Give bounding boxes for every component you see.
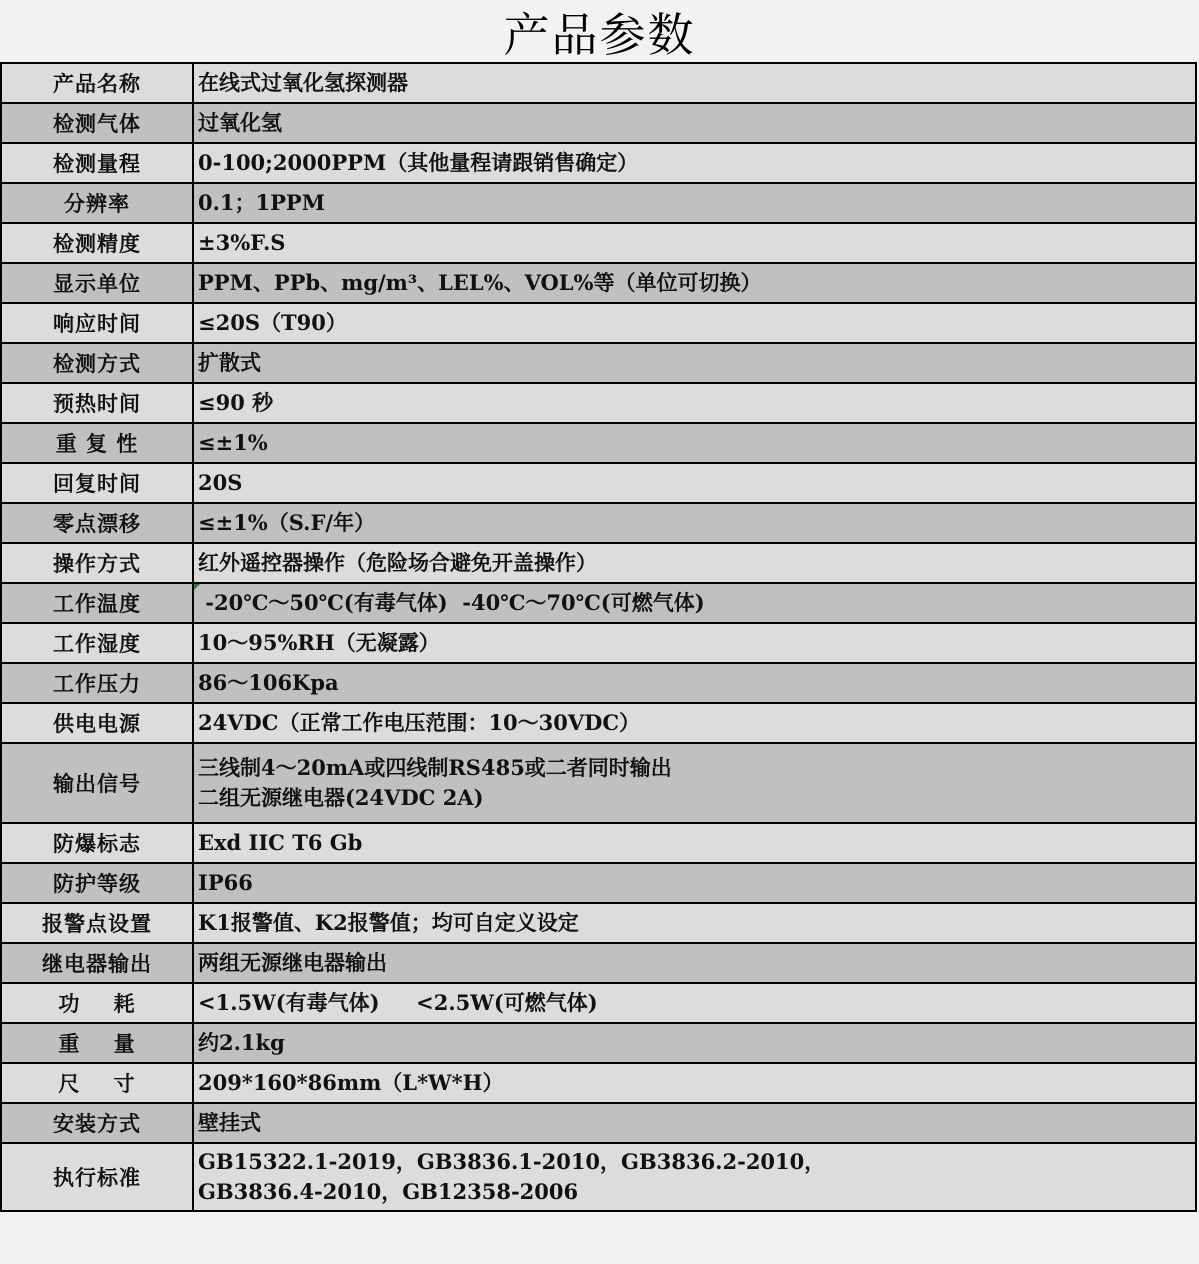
row-value: 过氧化氢 [193,103,1196,143]
row-value: IP66 [193,863,1196,903]
row-label: 防爆标志 [1,823,193,863]
row-label: 供电电源 [1,703,193,743]
table-row: 预热时间 ≤90 秒 [1,383,1196,423]
cell-comment-marker-icon [194,584,200,590]
table-row: 重 量 约2.1kg [1,1023,1196,1063]
table-row: 防爆标志 Exd IIC T6 Gb [1,823,1196,863]
table-row: 报警点设置 K1报警值、K2报警值；均可自定义设定 [1,903,1196,943]
table-row: 显示单位 PPM、PPb、mg/m³、LEL%、VOL%等（单位可切换） [1,263,1196,303]
row-value-cell: GB15322.1-2019，GB3836.1-2010，GB3836.2-20… [193,1143,1196,1211]
row-label: 显示单位 [1,263,193,303]
row-value-cell: -20℃～50℃(有毒气体) -40℃～70℃(可燃气体) [193,583,1196,623]
row-value: -20℃～50℃(有毒气体) -40℃～70℃(可燃气体) [198,590,705,615]
row-label: 检测方式 [1,343,193,383]
table-row: 工作温度 -20℃～50℃(有毒气体) -40℃～70℃(可燃气体) [1,583,1196,623]
row-label: 安装方式 [1,1103,193,1143]
table-row: 继电器输出 两组无源继电器输出 [1,943,1196,983]
spec-table: 产品名称 在线式过氧化氢探测器 检测气体 过氧化氢 检测量程 0-100;200… [0,62,1197,1212]
page-title: 产品参数 [0,0,1199,62]
row-label: 预热时间 [1,383,193,423]
table-row: 响应时间 ≤20S（T90） [1,303,1196,343]
row-label: 回复时间 [1,463,193,503]
row-label: 继电器输出 [1,943,193,983]
row-label: 重 量 [1,1023,193,1063]
row-value: ≤90 秒 [193,383,1196,423]
table-row: 输出信号 三线制4～20mA或四线制RS485或二者同时输出 二组无源继电器(2… [1,743,1196,823]
table-row: 检测气体 过氧化氢 [1,103,1196,143]
row-value: 壁挂式 [193,1103,1196,1143]
row-value: Exd IIC T6 Gb [193,823,1196,863]
row-value: 两组无源继电器输出 [193,943,1196,983]
row-label: 检测气体 [1,103,193,143]
table-row: 工作压力 86～106Kpa [1,663,1196,703]
row-value: 扩散式 [193,343,1196,383]
row-value: K1报警值、K2报警值；均可自定义设定 [193,903,1196,943]
row-label: 工作压力 [1,663,193,703]
row-value: PPM、PPb、mg/m³、LEL%、VOL%等（单位可切换） [193,263,1196,303]
row-label: 分辨率 [1,183,193,223]
row-label: 工作温度 [1,583,193,623]
table-row: 检测量程 0-100;2000PPM（其他量程请跟销售确定） [1,143,1196,183]
row-value: ≤±1% [193,423,1196,463]
row-label: 检测量程 [1,143,193,183]
row-label: 尺 寸 [1,1063,193,1103]
row-value-cell: 三线制4～20mA或四线制RS485或二者同时输出 二组无源继电器(24VDC … [193,743,1196,823]
row-value: 在线式过氧化氢探测器 [193,63,1196,103]
table-row: 功 耗 <1.5W(有毒气体) <2.5W(可燃气体) [1,983,1196,1023]
table-row: 检测方式 扩散式 [1,343,1196,383]
row-value-line: GB3836.4-2010，GB12358-2006 [198,1177,1195,1207]
row-value: ≤20S（T90） [193,303,1196,343]
row-label: 输出信号 [1,743,193,823]
row-value: 24VDC（正常工作电压范围：10～30VDC） [193,703,1196,743]
row-value-line: GB15322.1-2019，GB3836.1-2010，GB3836.2-20… [198,1147,1195,1177]
row-value: <1.5W(有毒气体) <2.5W(可燃气体) [193,983,1196,1023]
table-row: 重 复 性 ≤±1% [1,423,1196,463]
row-label: 报警点设置 [1,903,193,943]
table-row: 分辨率 0.1；1PPM [1,183,1196,223]
row-value: 86～106Kpa [193,663,1196,703]
row-label: 重 复 性 [1,423,193,463]
table-row: 执行标准 GB15322.1-2019，GB3836.1-2010，GB3836… [1,1143,1196,1211]
table-row: 操作方式 红外遥控器操作（危险场合避免开盖操作） [1,543,1196,583]
table-row: 防护等级 IP66 [1,863,1196,903]
row-label: 防护等级 [1,863,193,903]
row-value-line: 二组无源继电器(24VDC 2A) [198,783,1195,813]
row-value: 红外遥控器操作（危险场合避免开盖操作） [193,543,1196,583]
row-value: 0.1；1PPM [193,183,1196,223]
row-label: 零点漂移 [1,503,193,543]
row-value: 10～95%RH（无凝露） [193,623,1196,663]
row-value-line: 三线制4～20mA或四线制RS485或二者同时输出 [198,753,1195,783]
table-row: 产品名称 在线式过氧化氢探测器 [1,63,1196,103]
row-label: 工作湿度 [1,623,193,663]
row-value: 209*160*86mm（L*W*H） [193,1063,1196,1103]
row-label: 功 耗 [1,983,193,1023]
table-row: 尺 寸 209*160*86mm（L*W*H） [1,1063,1196,1103]
row-value: 约2.1kg [193,1023,1196,1063]
row-value: 20S [193,463,1196,503]
row-value: ±3%F.S [193,223,1196,263]
table-row: 检测精度 ±3%F.S [1,223,1196,263]
table-row: 供电电源 24VDC（正常工作电压范围：10～30VDC） [1,703,1196,743]
row-value: 0-100;2000PPM（其他量程请跟销售确定） [193,143,1196,183]
table-row: 零点漂移 ≤±1%（S.F/年） [1,503,1196,543]
row-label: 产品名称 [1,63,193,103]
row-value: ≤±1%（S.F/年） [193,503,1196,543]
row-label: 执行标准 [1,1143,193,1211]
table-row: 回复时间 20S [1,463,1196,503]
row-label: 响应时间 [1,303,193,343]
table-row: 安装方式 壁挂式 [1,1103,1196,1143]
table-row: 工作湿度 10～95%RH（无凝露） [1,623,1196,663]
row-label: 操作方式 [1,543,193,583]
row-label: 检测精度 [1,223,193,263]
